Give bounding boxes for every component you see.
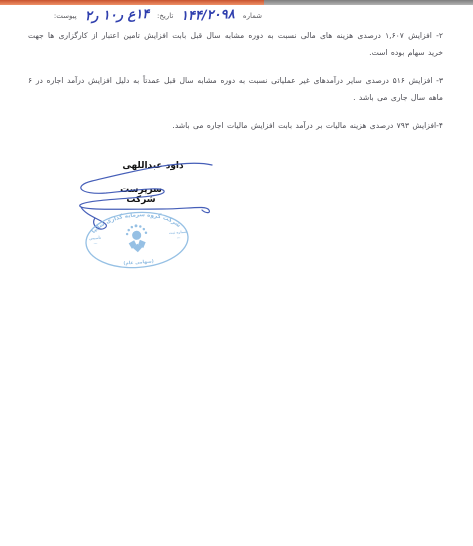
stamp-founded-value: ··· — [93, 242, 97, 246]
date-label: تاریخ: — [157, 12, 173, 20]
saipa-emblem-icon — [125, 224, 148, 253]
top-bar-gray-segment — [264, 0, 473, 5]
stamp-registration-label: شماره ثبت — [169, 230, 188, 235]
number-value-handwritten: ۱۴۴/۲۰۹۸ — [181, 8, 235, 23]
attachment-label: پیوست: — [54, 12, 77, 20]
letter-body: ۲- افزایش ۱,۶۰۷ درصدی هزینه های مالی نسب… — [28, 27, 443, 145]
top-bar-accent-segment — [0, 0, 264, 5]
note-item-3: ۳- افزایش ۵۱۶ درصدی سایر درآمدهای غیر عم… — [28, 72, 443, 106]
letter-meta-row: شماره ۱۴۴/۲۰۹۸ تاریخ: ۱۴ع ر۱۰ ر۲ پیوست: — [54, 9, 262, 22]
number-label: شماره — [243, 12, 262, 20]
stamp-founded-label: تأسیس — [89, 235, 102, 241]
note-item-4: ۴-افزایش ۷۹۳ درصدی هزینه مالیات بر درآمد… — [28, 117, 443, 134]
date-value-handwritten: ۱۴ع ر۱۰ ر۲ — [84, 8, 149, 23]
top-bar — [0, 0, 473, 5]
letter-page: شماره ۱۴۴/۲۰۹۸ تاریخ: ۱۴ع ر۱۰ ر۲ پیوست: … — [0, 0, 473, 546]
stamp-registration-value: ··· — [177, 236, 181, 240]
note-item-2: ۲- افزایش ۱,۶۰۷ درصدی هزینه های مالی نسب… — [28, 27, 443, 61]
company-stamp: شرکت گروه سرمایه گذاری سایپا تأسیس ··· ش… — [78, 201, 197, 279]
